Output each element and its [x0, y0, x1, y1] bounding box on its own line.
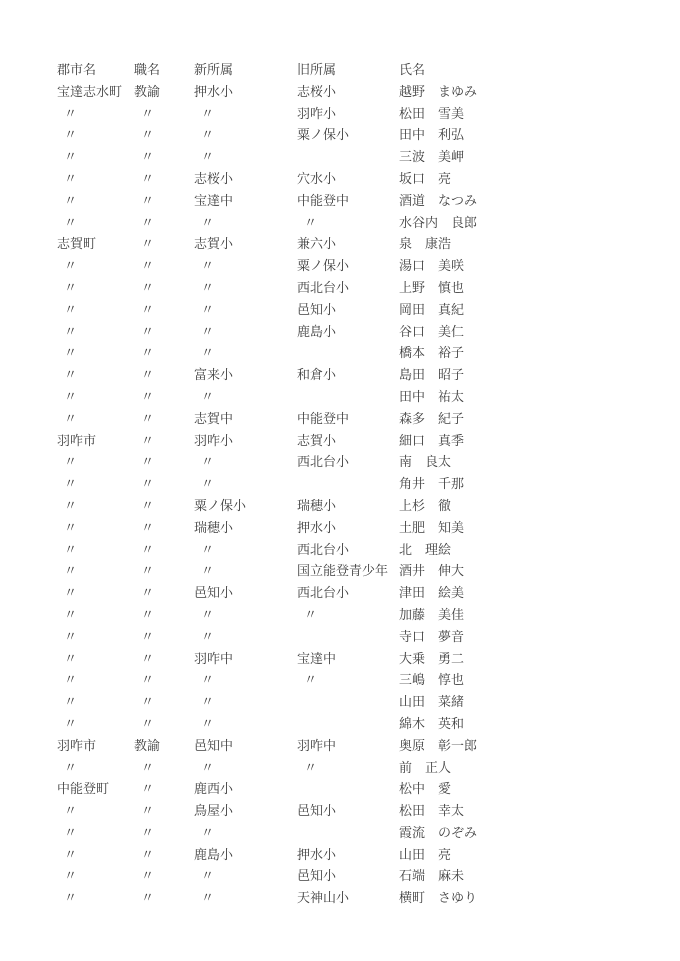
- ditto-mark: 〃: [134, 212, 194, 234]
- ditto-mark: 〃: [57, 321, 134, 343]
- cell-old-affiliation: 邑知小: [297, 865, 399, 887]
- cell-new-affiliation: 邑知小: [194, 582, 297, 604]
- ditto-mark: 〃: [297, 212, 399, 234]
- cell-old-affiliation: 西北台小: [297, 277, 399, 299]
- table-row: 〃〃〃綿木 英和: [57, 713, 679, 735]
- cell-job-title: 教諭: [134, 81, 194, 103]
- ditto-mark: 〃: [297, 669, 399, 691]
- cell-name: 奥原 彰一郎: [399, 735, 679, 757]
- cell-old-affiliation: 押水小: [297, 844, 399, 866]
- cell-job-title: 教諭: [134, 735, 194, 757]
- cell-new-affiliation: 鹿島小: [194, 844, 297, 866]
- table-row: 〃〃〃西北台小北 理絵: [57, 539, 679, 561]
- cell-old-affiliation: 瑞穂小: [297, 495, 399, 517]
- cell-name: 泉 康浩: [399, 233, 679, 255]
- ditto-mark: 〃: [134, 648, 194, 670]
- cell-old-affiliation: 羽咋小: [297, 103, 399, 125]
- cell-name: 田中 利弘: [399, 124, 679, 146]
- ditto-mark: 〃: [194, 560, 297, 582]
- ditto-mark: 〃: [134, 626, 194, 648]
- cell-name: 島田 昭子: [399, 364, 679, 386]
- ditto-mark: 〃: [134, 844, 194, 866]
- ditto-mark: 〃: [57, 255, 134, 277]
- table-row: 〃〃鹿島小押水小山田 亮: [57, 844, 679, 866]
- ditto-mark: 〃: [57, 277, 134, 299]
- ditto-mark: 〃: [134, 386, 194, 408]
- ditto-mark: 〃: [134, 822, 194, 844]
- table-row: 〃〃瑞穂小押水小土肥 知美: [57, 517, 679, 539]
- table-row: 〃〃宝達中中能登中酒道 なつみ: [57, 190, 679, 212]
- cell-name: 寺口 夢音: [399, 626, 679, 648]
- cell-name: 松田 幸太: [399, 800, 679, 822]
- ditto-mark: 〃: [134, 887, 194, 909]
- ditto-mark: 〃: [57, 822, 134, 844]
- table-row: 〃〃〃羽咋小松田 雪美: [57, 103, 679, 125]
- table-row: 〃〃〃寺口 夢音: [57, 626, 679, 648]
- cell-district: 中能登町: [57, 778, 134, 800]
- ditto-mark: 〃: [134, 539, 194, 561]
- cell-old-affiliation: 邑知小: [297, 299, 399, 321]
- table-row: 志賀町〃志賀小兼六小泉 康浩: [57, 233, 679, 255]
- cell-name: 橋本 裕子: [399, 342, 679, 364]
- ditto-mark: 〃: [134, 451, 194, 473]
- ditto-mark: 〃: [194, 386, 297, 408]
- ditto-mark: 〃: [57, 124, 134, 146]
- ditto-mark: 〃: [57, 713, 134, 735]
- ditto-mark: 〃: [57, 451, 134, 473]
- cell-new-affiliation: 押水小: [194, 81, 297, 103]
- table-row: 〃〃〃田中 祐太: [57, 386, 679, 408]
- ditto-mark: 〃: [57, 168, 134, 190]
- cell-old-affiliation: [297, 626, 399, 648]
- table-row: 〃〃〃国立能登青少年酒井 伸大: [57, 560, 679, 582]
- column-header-old-affiliation: 旧所属: [297, 59, 399, 81]
- cell-old-affiliation: 西北台小: [297, 451, 399, 473]
- ditto-mark: 〃: [194, 604, 297, 626]
- document-page: 郡市名 職名 新所属 旧所属 氏名 宝達志水町教諭押水小志桜小越野 まゆみ〃〃〃…: [0, 0, 680, 961]
- table-row: 〃〃〃三波 美岬: [57, 146, 679, 168]
- ditto-mark: 〃: [57, 103, 134, 125]
- ditto-mark: 〃: [57, 648, 134, 670]
- ditto-mark: 〃: [134, 277, 194, 299]
- ditto-mark: 〃: [194, 451, 297, 473]
- cell-new-affiliation: 宝達中: [194, 190, 297, 212]
- cell-name: 北 理絵: [399, 539, 679, 561]
- table-row: 〃〃鳥屋小邑知小松田 幸太: [57, 800, 679, 822]
- ditto-mark: 〃: [134, 233, 194, 255]
- table-row: 〃〃〃角井 千那: [57, 473, 679, 495]
- ditto-mark: 〃: [57, 887, 134, 909]
- cell-name: 松中 愛: [399, 778, 679, 800]
- ditto-mark: 〃: [194, 146, 297, 168]
- table-body: 宝達志水町教諭押水小志桜小越野 まゆみ〃〃〃羽咋小松田 雪美〃〃〃粟ノ保小田中 …: [57, 81, 679, 909]
- ditto-mark: 〃: [194, 626, 297, 648]
- ditto-mark: 〃: [57, 408, 134, 430]
- cell-name: 坂口 亮: [399, 168, 679, 190]
- cell-old-affiliation: 西北台小: [297, 539, 399, 561]
- ditto-mark: 〃: [134, 124, 194, 146]
- cell-old-affiliation: [297, 691, 399, 713]
- table-row: 宝達志水町教諭押水小志桜小越野 まゆみ: [57, 81, 679, 103]
- column-header-name: 氏名: [399, 59, 679, 81]
- cell-old-affiliation: 天神山小: [297, 887, 399, 909]
- ditto-mark: 〃: [57, 495, 134, 517]
- ditto-mark: 〃: [194, 887, 297, 909]
- ditto-mark: 〃: [194, 669, 297, 691]
- ditto-mark: 〃: [194, 539, 297, 561]
- cell-old-affiliation: [297, 146, 399, 168]
- table-header-row: 郡市名 職名 新所属 旧所属 氏名: [57, 59, 679, 81]
- ditto-mark: 〃: [194, 124, 297, 146]
- ditto-mark: 〃: [134, 582, 194, 604]
- table-row: 〃〃〃〃三嶋 惇也: [57, 669, 679, 691]
- cell-district: 羽咋市: [57, 735, 134, 757]
- table-row: 〃〃志賀中中能登中森多 紀子: [57, 408, 679, 430]
- ditto-mark: 〃: [57, 582, 134, 604]
- cell-new-affiliation: 志桜小: [194, 168, 297, 190]
- cell-name: 松田 雪美: [399, 103, 679, 125]
- ditto-mark: 〃: [57, 669, 134, 691]
- ditto-mark: 〃: [134, 321, 194, 343]
- ditto-mark: 〃: [194, 299, 297, 321]
- table-row: 〃〃〃天神山小横町 さゆり: [57, 887, 679, 909]
- table-row: 〃〃富来小和倉小島田 昭子: [57, 364, 679, 386]
- cell-new-affiliation: 瑞穂小: [194, 517, 297, 539]
- cell-old-affiliation: [297, 342, 399, 364]
- table-row: 〃〃〃邑知小石端 麻未: [57, 865, 679, 887]
- cell-name: 上野 慎也: [399, 277, 679, 299]
- cell-name: 細口 真季: [399, 430, 679, 452]
- cell-old-affiliation: 宝達中: [297, 648, 399, 670]
- ditto-mark: 〃: [134, 168, 194, 190]
- cell-name: 角井 千那: [399, 473, 679, 495]
- ditto-mark: 〃: [194, 822, 297, 844]
- cell-name: 岡田 真紀: [399, 299, 679, 321]
- cell-name: 上杉 徹: [399, 495, 679, 517]
- ditto-mark: 〃: [194, 277, 297, 299]
- cell-new-affiliation: 富来小: [194, 364, 297, 386]
- cell-new-affiliation: 鳥屋小: [194, 800, 297, 822]
- ditto-mark: 〃: [57, 364, 134, 386]
- table-row: 〃〃〃西北台小南 良太: [57, 451, 679, 473]
- cell-name: 水谷内 良郎: [399, 212, 679, 234]
- cell-name: 山田 菜緒: [399, 691, 679, 713]
- ditto-mark: 〃: [134, 691, 194, 713]
- ditto-mark: 〃: [194, 757, 297, 779]
- table-row: 〃〃〃山田 菜緒: [57, 691, 679, 713]
- ditto-mark: 〃: [57, 757, 134, 779]
- cell-old-affiliation: 粟ノ保小: [297, 124, 399, 146]
- cell-district: 志賀町: [57, 233, 134, 255]
- column-header-new-affiliation: 新所属: [194, 59, 297, 81]
- cell-old-affiliation: 鹿島小: [297, 321, 399, 343]
- cell-district: 宝達志水町: [57, 81, 134, 103]
- ditto-mark: 〃: [134, 713, 194, 735]
- cell-old-affiliation: [297, 822, 399, 844]
- cell-name: 谷口 美仁: [399, 321, 679, 343]
- ditto-mark: 〃: [134, 342, 194, 364]
- cell-name: 森多 紀子: [399, 408, 679, 430]
- ditto-mark: 〃: [57, 386, 134, 408]
- cell-old-affiliation: 粟ノ保小: [297, 255, 399, 277]
- column-header-district: 郡市名: [57, 59, 134, 81]
- table-row: 〃〃〃西北台小上野 慎也: [57, 277, 679, 299]
- ditto-mark: 〃: [134, 604, 194, 626]
- ditto-mark: 〃: [57, 800, 134, 822]
- table-row: 〃〃〃邑知小岡田 真紀: [57, 299, 679, 321]
- cell-name: 酒井 伸大: [399, 560, 679, 582]
- ditto-mark: 〃: [194, 473, 297, 495]
- cell-name: 前 正人: [399, 757, 679, 779]
- ditto-mark: 〃: [134, 865, 194, 887]
- ditto-mark: 〃: [57, 342, 134, 364]
- ditto-mark: 〃: [134, 430, 194, 452]
- cell-old-affiliation: 国立能登青少年: [297, 560, 399, 582]
- table-row: 〃〃羽咋中宝達中大乗 勇二: [57, 648, 679, 670]
- ditto-mark: 〃: [134, 408, 194, 430]
- cell-old-affiliation: 押水小: [297, 517, 399, 539]
- ditto-mark: 〃: [194, 321, 297, 343]
- table-row: 〃〃邑知小西北台小津田 絵美: [57, 582, 679, 604]
- cell-old-affiliation: 西北台小: [297, 582, 399, 604]
- cell-name: 加藤 美佳: [399, 604, 679, 626]
- ditto-mark: 〃: [134, 800, 194, 822]
- cell-old-affiliation: 邑知小: [297, 800, 399, 822]
- cell-old-affiliation: 兼六小: [297, 233, 399, 255]
- ditto-mark: 〃: [57, 539, 134, 561]
- ditto-mark: 〃: [134, 778, 194, 800]
- ditto-mark: 〃: [134, 255, 194, 277]
- personnel-transfer-table: 郡市名 職名 新所属 旧所属 氏名 宝達志水町教諭押水小志桜小越野 まゆみ〃〃〃…: [57, 59, 679, 909]
- ditto-mark: 〃: [57, 473, 134, 495]
- cell-old-affiliation: 中能登中: [297, 190, 399, 212]
- cell-old-affiliation: 和倉小: [297, 364, 399, 386]
- cell-name: 霞流 のぞみ: [399, 822, 679, 844]
- cell-old-affiliation: 羽咋中: [297, 735, 399, 757]
- cell-name: 山田 亮: [399, 844, 679, 866]
- ditto-mark: 〃: [134, 190, 194, 212]
- cell-name: 三波 美岬: [399, 146, 679, 168]
- ditto-mark: 〃: [57, 560, 134, 582]
- ditto-mark: 〃: [194, 713, 297, 735]
- ditto-mark: 〃: [57, 626, 134, 648]
- table-row: 中能登町〃鹿西小松中 愛: [57, 778, 679, 800]
- ditto-mark: 〃: [134, 560, 194, 582]
- cell-new-affiliation: 粟ノ保小: [194, 495, 297, 517]
- ditto-mark: 〃: [134, 669, 194, 691]
- cell-name: 酒道 なつみ: [399, 190, 679, 212]
- cell-old-affiliation: 中能登中: [297, 408, 399, 430]
- table-row: 〃〃志桜小穴水小坂口 亮: [57, 168, 679, 190]
- cell-old-affiliation: [297, 473, 399, 495]
- cell-name: 越野 まゆみ: [399, 81, 679, 103]
- cell-name: 湯口 美咲: [399, 255, 679, 277]
- ditto-mark: 〃: [57, 691, 134, 713]
- ditto-mark: 〃: [194, 865, 297, 887]
- ditto-mark: 〃: [194, 342, 297, 364]
- cell-old-affiliation: 志桜小: [297, 81, 399, 103]
- table-row: 〃〃〃鹿島小谷口 美仁: [57, 321, 679, 343]
- ditto-mark: 〃: [194, 255, 297, 277]
- ditto-mark: 〃: [297, 757, 399, 779]
- table-row: 羽咋市〃羽咋小志賀小細口 真季: [57, 430, 679, 452]
- table-row: 〃〃〃粟ノ保小湯口 美咲: [57, 255, 679, 277]
- cell-new-affiliation: 鹿西小: [194, 778, 297, 800]
- ditto-mark: 〃: [134, 103, 194, 125]
- ditto-mark: 〃: [194, 212, 297, 234]
- cell-new-affiliation: 志賀中: [194, 408, 297, 430]
- ditto-mark: 〃: [57, 604, 134, 626]
- ditto-mark: 〃: [134, 495, 194, 517]
- cell-new-affiliation: 羽咋中: [194, 648, 297, 670]
- cell-name: 三嶋 惇也: [399, 669, 679, 691]
- table-row: 〃〃〃橋本 裕子: [57, 342, 679, 364]
- cell-name: 津田 絵美: [399, 582, 679, 604]
- ditto-mark: 〃: [134, 517, 194, 539]
- ditto-mark: 〃: [57, 212, 134, 234]
- cell-district: 羽咋市: [57, 430, 134, 452]
- cell-name: 南 良太: [399, 451, 679, 473]
- table-row: 〃〃〃〃水谷内 良郎: [57, 212, 679, 234]
- cell-name: 大乗 勇二: [399, 648, 679, 670]
- cell-new-affiliation: 邑知中: [194, 735, 297, 757]
- ditto-mark: 〃: [134, 364, 194, 386]
- cell-old-affiliation: [297, 778, 399, 800]
- ditto-mark: 〃: [134, 299, 194, 321]
- ditto-mark: 〃: [194, 103, 297, 125]
- ditto-mark: 〃: [57, 190, 134, 212]
- ditto-mark: 〃: [57, 865, 134, 887]
- column-header-job-title: 職名: [134, 59, 194, 81]
- ditto-mark: 〃: [194, 691, 297, 713]
- cell-name: 綿木 英和: [399, 713, 679, 735]
- cell-name: 土肥 知美: [399, 517, 679, 539]
- cell-old-affiliation: 志賀小: [297, 430, 399, 452]
- ditto-mark: 〃: [134, 146, 194, 168]
- table-row: 〃〃〃〃前 正人: [57, 757, 679, 779]
- cell-old-affiliation: [297, 713, 399, 735]
- ditto-mark: 〃: [57, 299, 134, 321]
- ditto-mark: 〃: [57, 146, 134, 168]
- table-row: 〃〃〃〃加藤 美佳: [57, 604, 679, 626]
- ditto-mark: 〃: [134, 473, 194, 495]
- table-row: 〃〃〃霞流 のぞみ: [57, 822, 679, 844]
- ditto-mark: 〃: [57, 844, 134, 866]
- ditto-mark: 〃: [297, 604, 399, 626]
- table-row: 〃〃〃粟ノ保小田中 利弘: [57, 124, 679, 146]
- cell-name: 横町 さゆり: [399, 887, 679, 909]
- ditto-mark: 〃: [134, 757, 194, 779]
- cell-new-affiliation: 羽咋小: [194, 430, 297, 452]
- cell-old-affiliation: 穴水小: [297, 168, 399, 190]
- cell-name: 石端 麻未: [399, 865, 679, 887]
- cell-name: 田中 祐太: [399, 386, 679, 408]
- cell-new-affiliation: 志賀小: [194, 233, 297, 255]
- table-row: 羽咋市教諭邑知中羽咋中奥原 彰一郎: [57, 735, 679, 757]
- cell-old-affiliation: [297, 386, 399, 408]
- ditto-mark: 〃: [57, 517, 134, 539]
- table-row: 〃〃粟ノ保小瑞穂小上杉 徹: [57, 495, 679, 517]
